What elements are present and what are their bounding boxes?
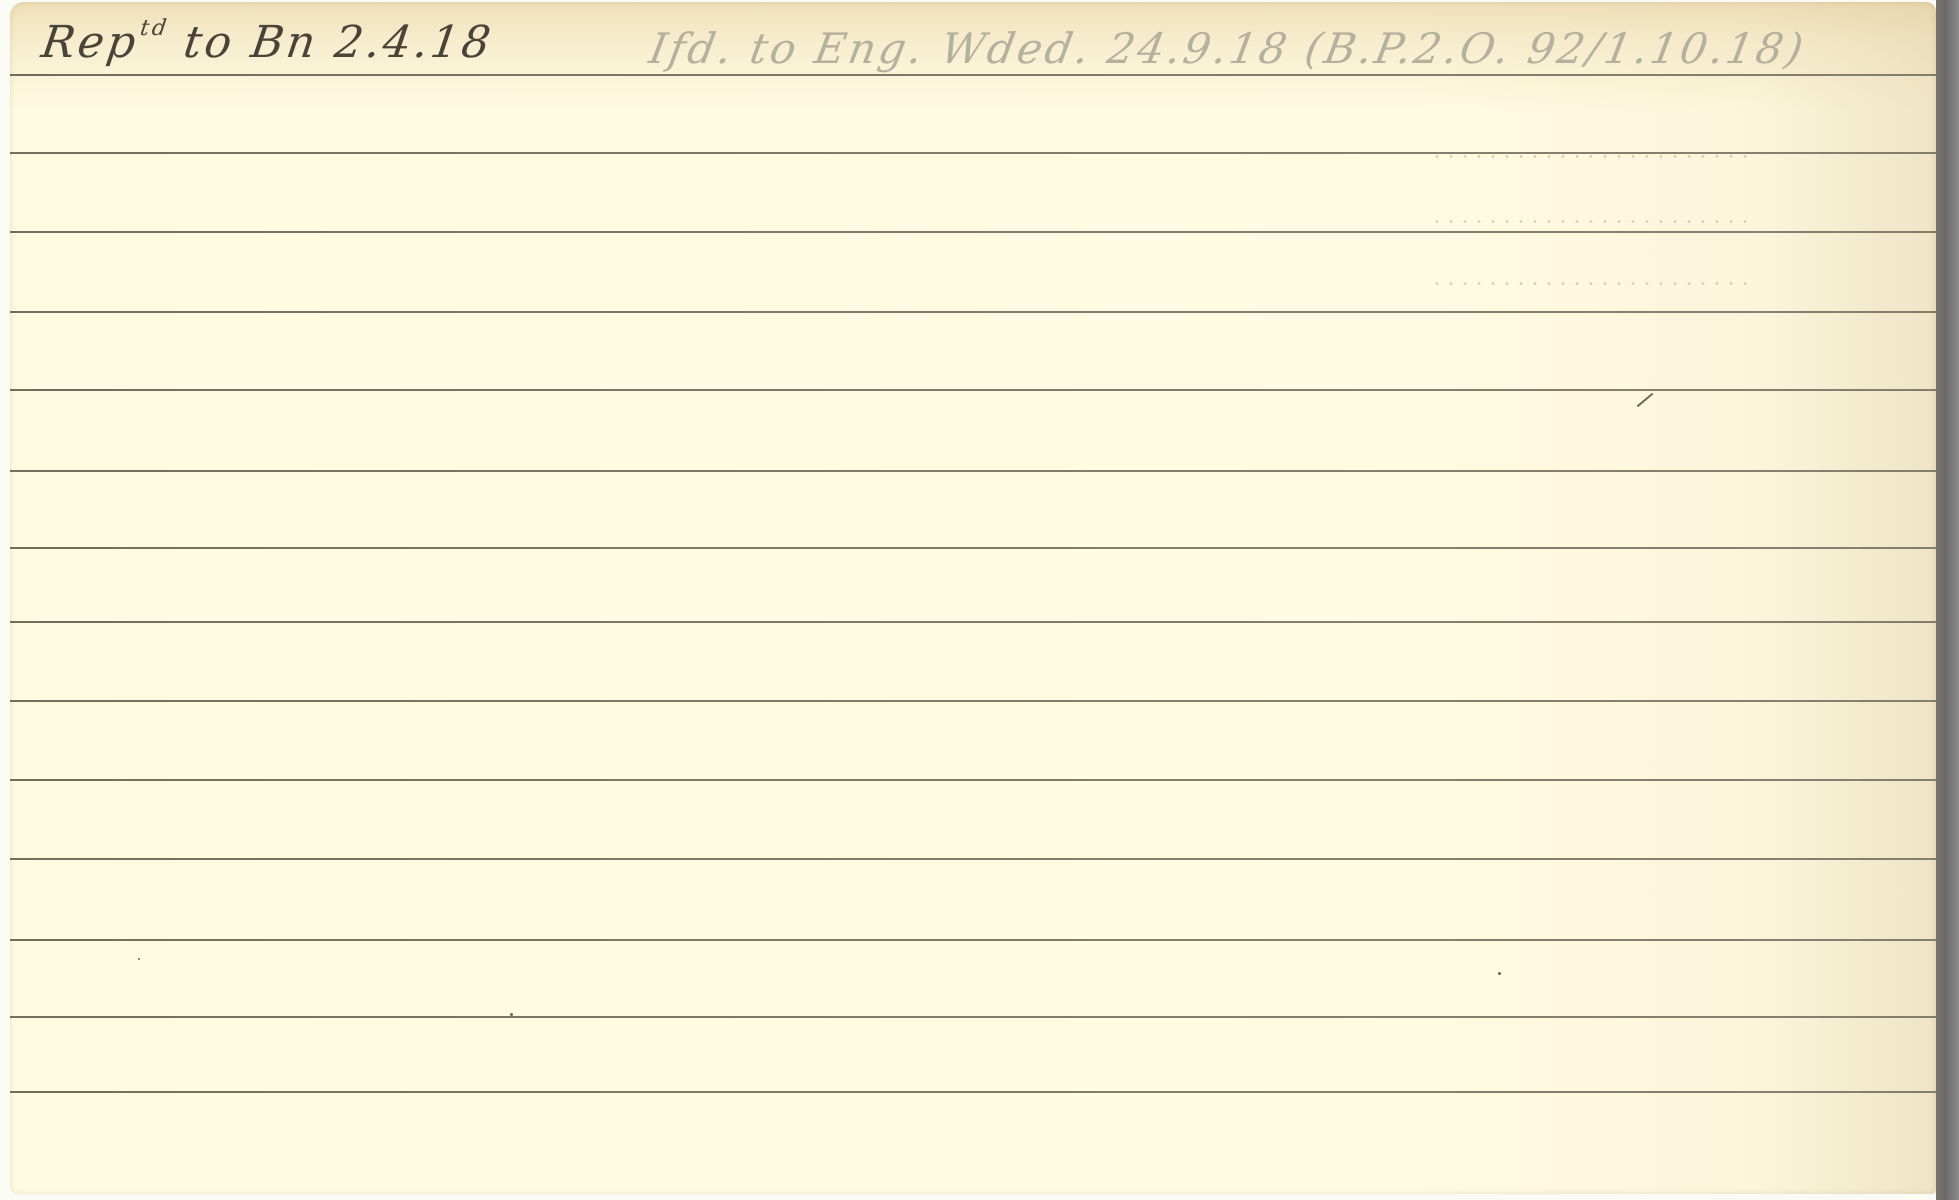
ruled-line — [10, 547, 1936, 549]
ruled-line — [10, 152, 1936, 154]
pencil-tick-mark — [1637, 393, 1654, 407]
ruled-line — [10, 470, 1936, 472]
show-through-marks — [1430, 155, 1750, 158]
pencil-entry-wounded-transfer: Ifd. to Eng. Wded. 24.9.18 (B.P.2.O. 92/… — [646, 24, 1810, 73]
ink-entry-prefix: Rep — [38, 17, 142, 68]
ink-entry-text: to Bn 2.4.18 — [164, 17, 497, 68]
ruled-line — [10, 858, 1936, 860]
scanner-background-strip — [1936, 0, 1959, 1200]
index-card: Reptd to Bn 2.4.18 Ifd. to Eng. Wded. 24… — [10, 2, 1936, 1194]
ruled-line — [10, 74, 1936, 76]
show-through-marks — [1430, 282, 1750, 285]
ruled-line — [10, 311, 1936, 313]
ink-speck — [138, 958, 140, 960]
ruled-line — [10, 700, 1936, 702]
ruled-line — [10, 389, 1936, 391]
ruled-line — [10, 621, 1936, 623]
ruled-line — [10, 231, 1936, 233]
ink-entry-reported-to-battalion: Reptd to Bn 2.4.18 — [38, 16, 496, 68]
ruled-line — [10, 1016, 1936, 1018]
show-through-marks — [1430, 220, 1750, 223]
ruled-line — [10, 779, 1936, 781]
ink-speck — [1498, 972, 1501, 975]
ruled-line — [10, 1091, 1936, 1093]
ink-entry-superscript: td — [138, 16, 170, 41]
ruled-line — [10, 939, 1936, 941]
